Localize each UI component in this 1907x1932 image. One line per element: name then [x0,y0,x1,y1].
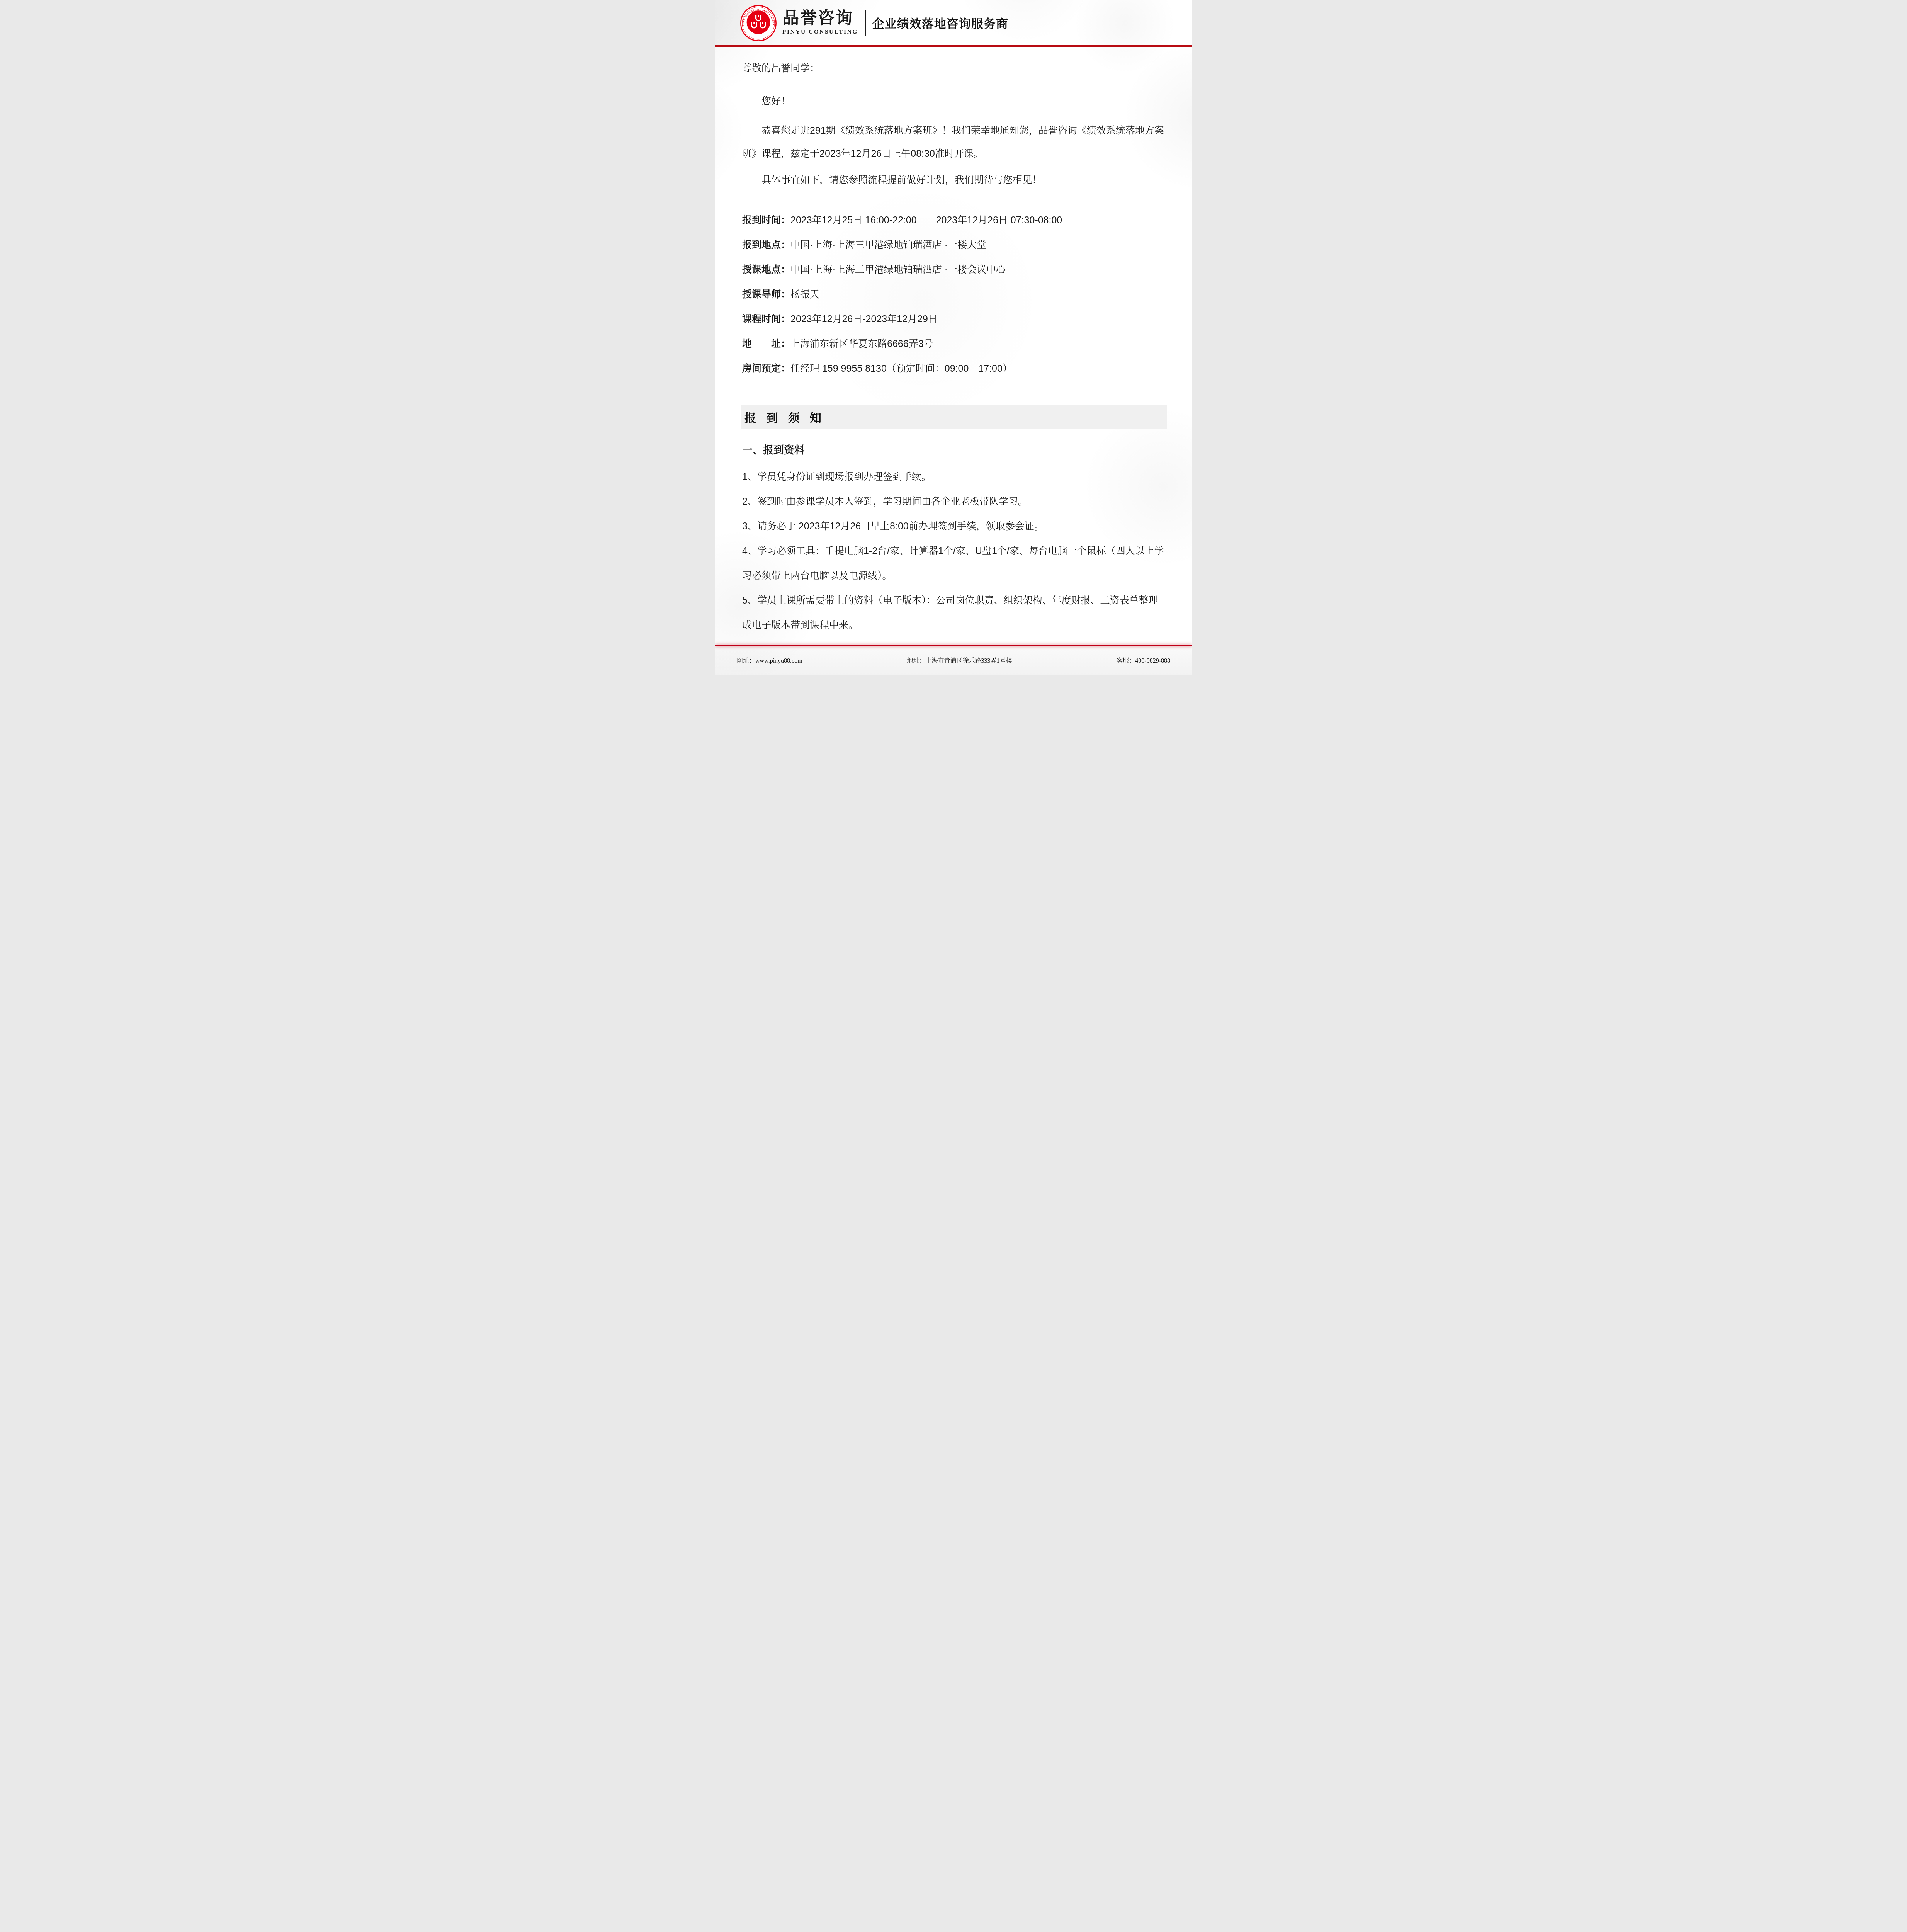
footer: 网址：www.pinyu88.com 地址：上海市青浦区徐乐路333弄1号楼 客… [715,645,1192,675]
detail-row-address: 地 址：上海浦东新区华夏东路6666弄3号 [742,332,1165,356]
seal-inner-disc [747,10,770,34]
detail-value: 中国·上海·上海三甲港绿地铂瑞酒店 ·一楼会议中心 [790,264,1006,275]
company-tagline: 企业绩效落地咨询服务商 [872,14,1008,31]
footer-website: 网址：www.pinyu88.com [737,656,802,665]
notice-letter-page: PINYU ENTERPRISE MANAGEMENT 2014 品誉咨询 PI… [715,0,1192,675]
notice-item-1: 1、学员凭身份证到现场报到办理签到手续。 [742,464,1165,489]
event-details-list: 报到时间：2023年12月25日 16:00-22:00 2023年12月26日… [742,208,1165,381]
detail-label: 授课地点： [742,264,790,275]
footer-service-phone: 客服：400-0829-888 [1117,656,1170,665]
salutation: 尊敬的品誉同学： [742,63,1165,74]
letter-body: 尊敬的品誉同学： 您好！ 恭喜您走进291期《绩效系统落地方案班》！我们荣幸地通… [715,63,1192,638]
detail-label: 报到地点： [742,240,790,250]
detail-value: 2023年12月26日-2023年12月29日 [790,314,938,325]
notice-item-2: 2、签到时由参课学员本人签到，学习期间由各企业老板带队学习。 [742,489,1165,514]
detail-value: 2023年12月25日 16:00-22:00 2023年12月26日 07:3… [790,215,1062,226]
detail-label: 课程时间： [742,314,790,325]
detail-value: 任经理 159 9955 8130（预定时间：09:00—17:00） [790,363,1012,374]
detail-value: 杨振天 [790,289,819,300]
footer-address: 地址：上海市青浦区徐乐路333弄1号楼 [907,656,1012,665]
section-title-registration-materials: 一、报到资料 [742,444,1165,457]
notice-item-4: 4、学习必须工具：手提电脑1-2台/家、计算器1个/家、U盘1个/家、每台电脑一… [742,539,1165,588]
notice-item-3: 3、请务必于 2023年12月26日早上8:00前办理签到手续，领取参会证。 [742,514,1165,539]
notice-banner: 报 到 须 知 [741,405,1167,429]
brand-name-en: PINYU CONSULTING [782,29,858,36]
header: PINYU ENTERPRISE MANAGEMENT 2014 品誉咨询 PI… [715,0,1192,47]
detail-label: 授课导师： [742,289,790,300]
congrats-paragraph: 恭喜您走进291期《绩效系统落地方案班》！我们荣幸地通知您，品誉咨询《绩效系统落… [742,119,1165,165]
detail-row-lecturer: 授课导师：杨振天 [742,282,1165,307]
notice-item-5: 5、学员上课所需要带上的资料（电子版本）：公司岗位职责、组织架构、年度财报、工资… [742,588,1165,638]
detail-label: 报到时间： [742,215,790,226]
detail-label: 地 址： [742,338,790,349]
detail-row-course-dates: 课程时间：2023年12月26日-2023年12月29日 [742,307,1165,332]
pinyu-seal-logo-icon: PINYU ENTERPRISE MANAGEMENT 2014 [740,5,777,42]
detail-row-checkin-time: 报到时间：2023年12月25日 16:00-22:00 2023年12月26日… [742,208,1165,233]
detail-row-room-booking: 房间预定：任经理 159 9955 8130（预定时间：09:00—17:00） [742,356,1165,381]
detail-value: 中国·上海·上海三甲港绿地铂瑞酒店 ·一楼大堂 [790,240,986,250]
brand-block: 品誉咨询 PINYU CONSULTING [782,10,858,36]
notice-banner-title: 报 到 须 知 [744,408,825,425]
brand-divider [865,10,866,36]
detail-label: 房间预定： [742,363,790,374]
detail-row-checkin-place: 报到地点：中国·上海·上海三甲港绿地铂瑞酒店 ·一楼大堂 [742,233,1165,257]
detail-row-class-place: 授课地点：中国·上海·上海三甲港绿地铂瑞酒店 ·一楼会议中心 [742,257,1165,282]
greeting-line: 您好！ [742,90,1165,113]
instructions-paragraph: 具体事宜如下，请您参照流程提前做好计划，我们期待与您相见！ [742,168,1165,192]
footer-content: 网址：www.pinyu88.com 地址：上海市青浦区徐乐路333弄1号楼 客… [715,646,1192,665]
brand-name-cn: 品誉咨询 [782,10,858,27]
notice-items-list: 1、学员凭身份证到现场报到办理签到手续。 2、签到时由参课学员本人签到，学习期间… [742,464,1165,638]
detail-value: 上海浦东新区华夏东路6666弄3号 [790,338,933,349]
